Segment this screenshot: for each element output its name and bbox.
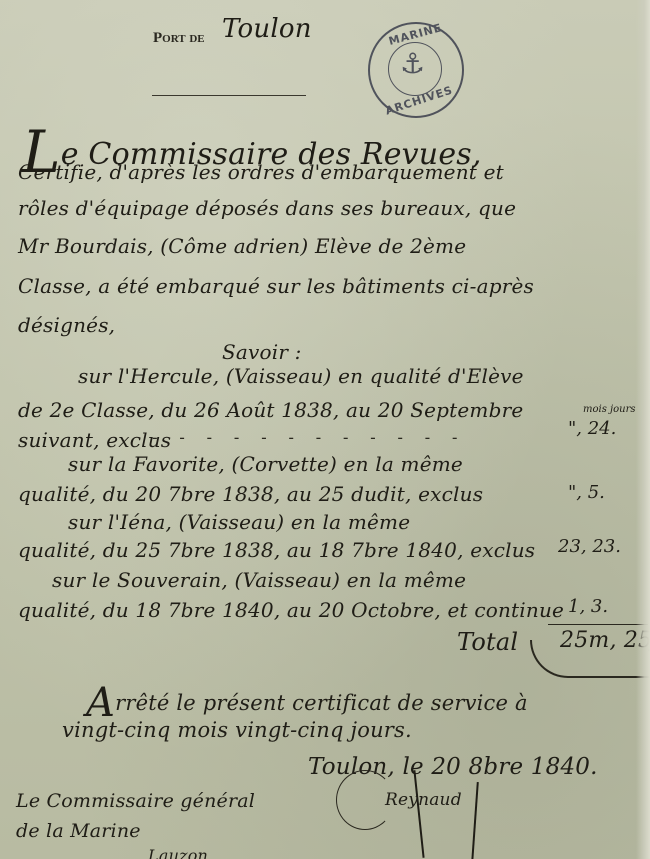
days-value: 5. — [588, 482, 605, 503]
body-line: rôles d'équipage déposés dans ses bureau… — [18, 196, 516, 220]
signature-stroke — [471, 782, 479, 859]
entry-hercule-line2: de 2e Classe, du 26 Août 1838, au 20 Sep… — [18, 398, 523, 422]
entry-iena-duration: 23, 23. — [558, 536, 621, 557]
months-value: 23 — [558, 536, 581, 557]
entry-souverain-line1: sur le Souverain, (Vaisseau) en la même — [52, 568, 466, 592]
archives-stamp: MARINE ⚓ ARCHIVES — [368, 22, 464, 118]
sum-rule — [548, 624, 648, 625]
entry-souverain-line2: qualité, du 18 7bre 1840, au 20 Octobre,… — [18, 598, 564, 622]
total-flourish — [530, 640, 650, 678]
signature-stroke — [413, 770, 424, 858]
anchor-icon: ⚓ — [400, 50, 425, 78]
entry-hercule-duration: ", 24. — [568, 418, 616, 439]
signature: Reynaud — [385, 790, 462, 810]
entry-hercule-line3: suivant, exclus — [18, 428, 171, 452]
entry-favorite-line1: sur la Favorite, (Corvette) en la même — [68, 452, 463, 476]
filler-dashes: - - - - - - - - - - - - — [150, 428, 464, 447]
port-label: Port de — [153, 30, 205, 47]
entry-iena-line1: sur l'Iéna, (Vaisseau) en la même — [68, 510, 410, 534]
entry-iena-line2: qualité, du 25 7bre 1838, au 18 7bre 184… — [18, 538, 535, 562]
signatory-title: Le Commissaire général — [16, 790, 255, 812]
column-note: mois jours — [583, 404, 636, 415]
closing-line2: vingt-cinq mois vingt-cinq jours. — [62, 718, 412, 742]
savoir-heading: Savoir : — [222, 340, 302, 364]
months-value: " — [568, 482, 576, 503]
months-value: " — [568, 418, 576, 439]
signatory-name: Lauzon — [148, 846, 208, 859]
months-value: 1 — [568, 596, 579, 617]
entry-favorite-duration: ", 5. — [568, 482, 605, 503]
body-line: Mr Bourdais, (Côme adrien) Elève de 2ème — [18, 234, 466, 258]
body-line: Classe, a été embarqué sur les bâtiments… — [18, 274, 534, 298]
body-line: Certifie, d'après les ordres d'embarquem… — [18, 160, 504, 184]
entry-hercule-line1: sur l'Hercule, (Vaisseau) en qualité d'E… — [78, 364, 524, 388]
body-line: désignés, — [18, 313, 115, 337]
manuscript-page: Port de Toulon MARINE ⚓ ARCHIVES Le Comm… — [0, 0, 650, 859]
days-value: 3. — [591, 596, 608, 617]
entry-souverain-duration: 1, 3. — [568, 596, 608, 617]
days-value: 23. — [592, 536, 621, 557]
total-label: Total — [457, 628, 518, 656]
days-value: 24. — [588, 418, 617, 439]
header-rule — [152, 95, 306, 96]
entry-favorite-line2: qualité, du 20 7bre 1838, au 25 dudit, e… — [18, 482, 483, 506]
port-value: Toulon — [222, 14, 312, 44]
closing-text: rrêté le présent certificat de service à — [115, 691, 528, 715]
signatory-subtitle: de la Marine — [16, 820, 141, 842]
